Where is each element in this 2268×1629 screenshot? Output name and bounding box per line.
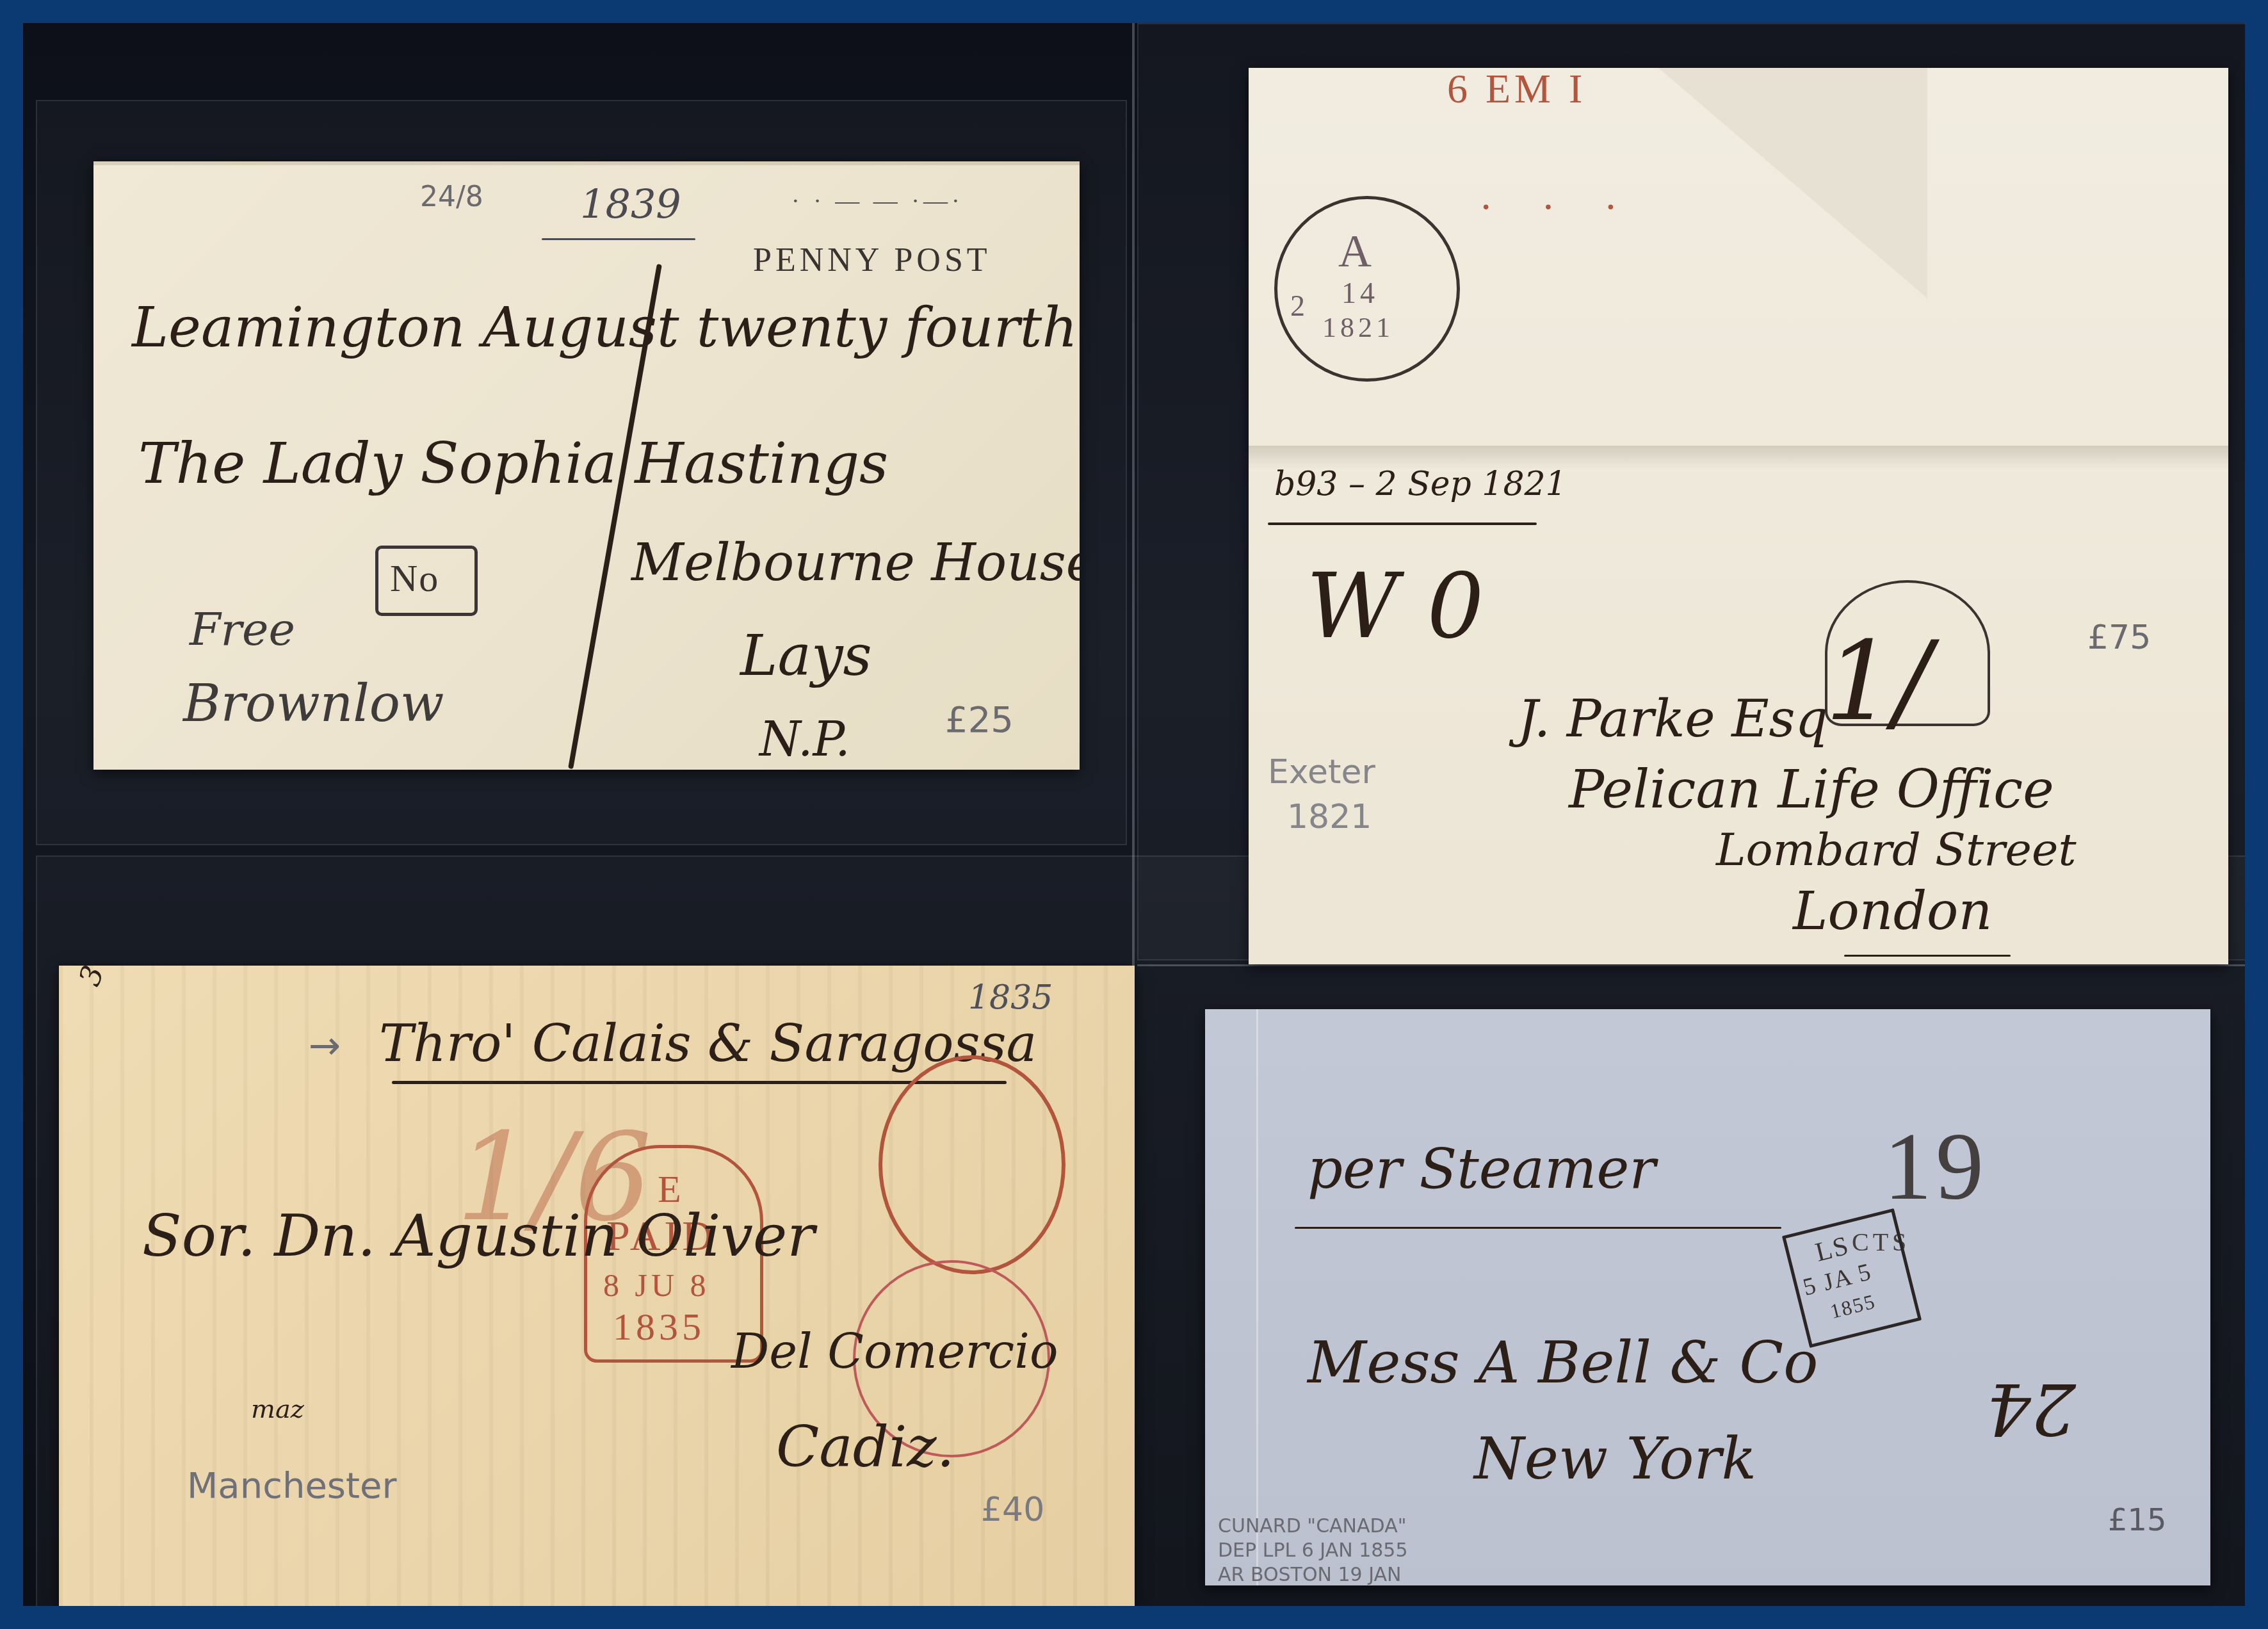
pencil-origin: Exeter <box>1268 753 1375 791</box>
handstamp-red-dots: · · · <box>1479 183 1637 231</box>
london-underline <box>1844 955 2011 957</box>
cover-liverpool-newyork-1855: per Steamer 19 CTS LS 5 JA 5 1855 Mess A… <box>1205 1009 2210 1585</box>
pencil-arrow: → <box>309 1023 341 1068</box>
pencil-note-line3: AR BOSTON 19 JAN <box>1218 1564 1402 1585</box>
pencil-price: £75 <box>2087 619 2151 657</box>
manuscript-docket: b93 – 2 Sep 1821 <box>1274 465 1567 503</box>
cover-manchester-cadiz-1835: 3 P / W 1835 → Thro' Calais & Saragossa … <box>59 966 1135 1606</box>
handstamp-penny-post: PENNY POST <box>753 241 991 279</box>
docket-underline <box>1268 523 1537 525</box>
cover-exeter-1821: 6 EM I · · · A 14 1821 2 b93 – 2 Sep 182… <box>1249 68 2228 964</box>
cover-leamington-1839: 24/8 1839 · · — — ·—· PENNY POST Leaming… <box>93 161 1080 770</box>
manuscript-addressee-3: Lays <box>740 622 872 688</box>
handstamp-boxed-no: No <box>375 546 478 616</box>
manuscript-addressee-4: London <box>1793 881 1992 942</box>
handstamp-red-top: 6 EM I <box>1447 68 1586 113</box>
pencil-year: 1821 <box>1287 798 1372 836</box>
fold-line <box>1256 1009 1258 1585</box>
manuscript-free: Free <box>190 603 295 656</box>
sleeve-divider-vertical <box>1132 23 1135 971</box>
handstamp-circular-datestamp: A 14 1821 2 <box>1274 196 1460 382</box>
manuscript-np: N.P. <box>759 712 850 767</box>
manuscript-addressee-1: Mess A Bell & Co <box>1308 1329 1818 1397</box>
stock-page: 24/8 1839 · · — — ·—· PENNY POST Leaming… <box>23 23 2245 1606</box>
manuscript-addressee-1: J. Parke Esq <box>1518 689 1828 749</box>
pencil-note-line2: DEP LPL 6 JAN 1855 <box>1218 1539 1408 1562</box>
manuscript-rate-mark: W 0 <box>1306 555 1484 659</box>
manuscript-routing: per Steamer <box>1308 1137 1656 1201</box>
manuscript-addressee-2: Melbourne House <box>631 533 1080 592</box>
handstamp-town-line: · · — — ·—· <box>791 187 964 215</box>
manuscript-addressee-1: The Lady Sophia Hastings <box>138 430 888 496</box>
manuscript-addressee-2: New York <box>1474 1425 1756 1493</box>
sleeve-divider-horizontal <box>1137 964 2245 966</box>
manuscript-brownlow: Brownlow <box>183 674 444 733</box>
manuscript-rate-crown: 1/ <box>1825 619 1931 745</box>
fold-line <box>93 161 1080 165</box>
manuscript-maz: maz <box>251 1395 304 1424</box>
manuscript-rate-24: 24 <box>1986 1368 2076 1450</box>
pencil-year: 1835 <box>968 978 1053 1017</box>
manuscript-addressee-3: Lombard Street <box>1716 823 2077 876</box>
manuscript-addressee-3: Cadiz. <box>776 1414 955 1480</box>
handstamp-circular-red-top <box>879 1055 1065 1274</box>
manuscript-corner-mark: 3 P / W <box>72 966 141 990</box>
routing-underline <box>1295 1227 1781 1229</box>
manuscript-date-line: Leamington August twenty fourth <box>132 296 1078 360</box>
docket-year: 1839 <box>580 181 681 227</box>
pencil-price: £15 <box>2108 1502 2167 1538</box>
handstamp-rate-19: 19 <box>1884 1112 1988 1222</box>
pencil-date-small: 24/8 <box>420 181 483 213</box>
year-underline <box>542 238 695 240</box>
manuscript-addressee-2: Pelican Life Office <box>1569 759 2054 820</box>
pencil-price: £40 <box>981 1491 1044 1529</box>
pencil-price: £25 <box>945 699 1014 741</box>
pencil-origin: Manchester <box>187 1465 396 1507</box>
pencil-note-line1: CUNARD "CANADA" <box>1218 1515 1406 1537</box>
manuscript-addressee-2: Del Comercio <box>731 1324 1058 1379</box>
manuscript-addressee-1: Sor. Dn. Agustin Oliver <box>142 1203 814 1270</box>
